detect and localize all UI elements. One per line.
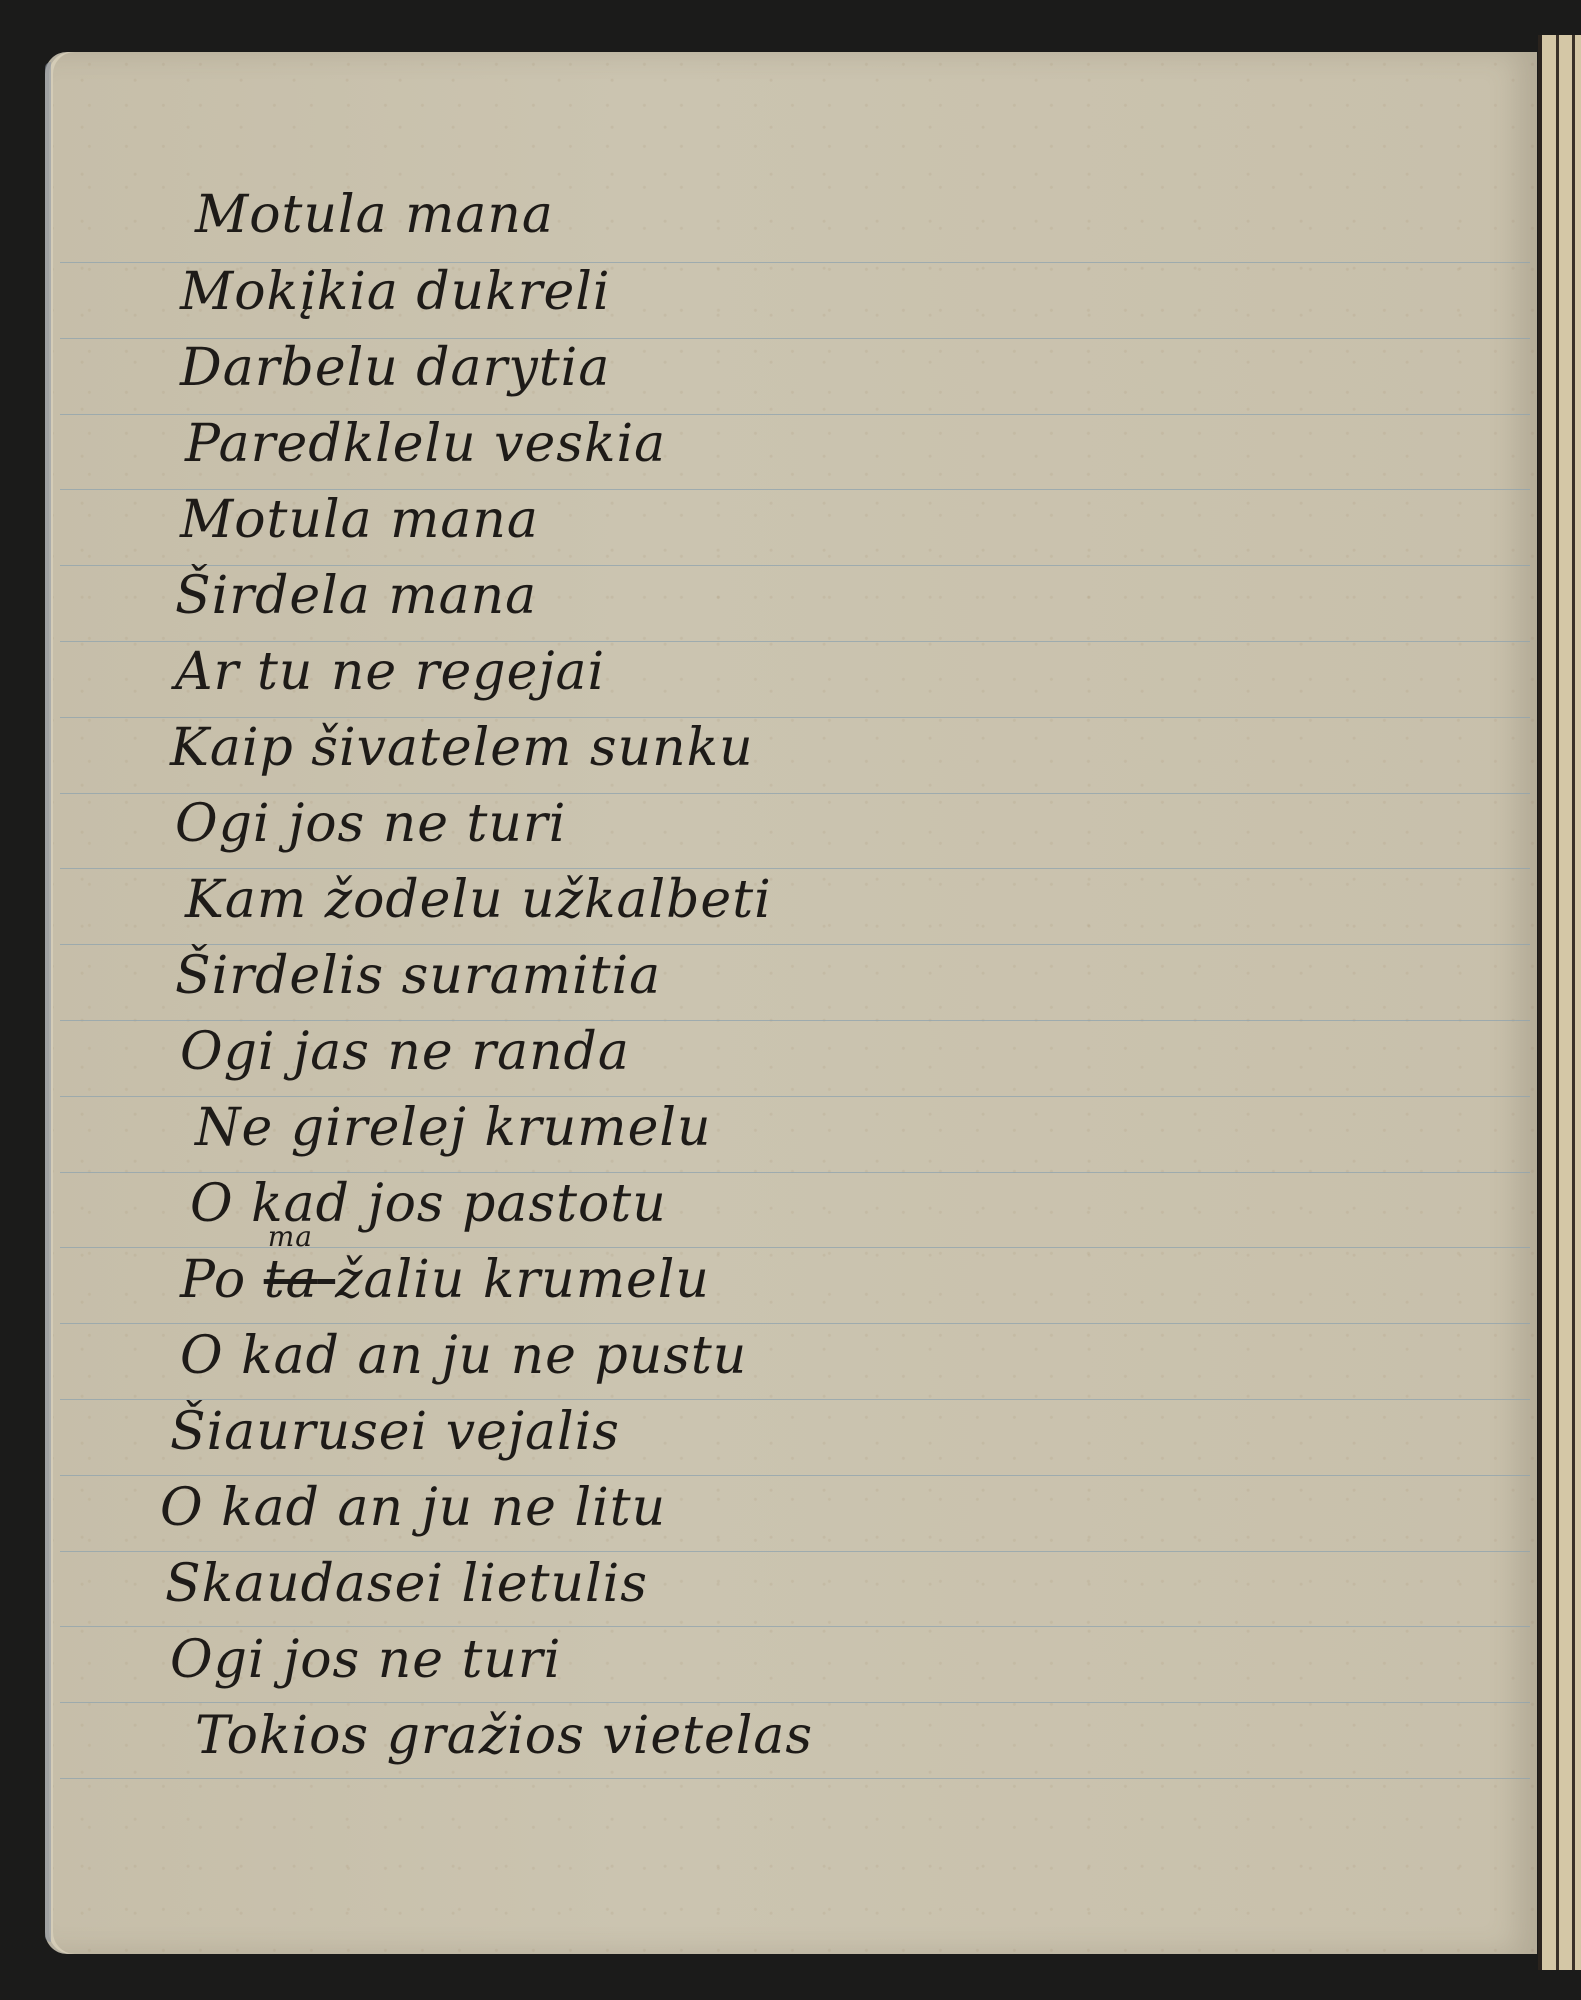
poem-line: Kam žodelu užkalbeti xyxy=(185,870,772,930)
struck-word: ta ma xyxy=(264,1250,335,1310)
struck-text: ta xyxy=(264,1250,318,1310)
page-edge xyxy=(45,62,51,1942)
ruled-line xyxy=(60,1323,1530,1324)
ruled-line xyxy=(60,1399,1530,1400)
poem-line: Motula mana xyxy=(180,490,539,550)
poem-line: Kaip šivatelem sunku xyxy=(170,718,754,778)
poem-line-corrected: Po ta ma žaliu krumelu xyxy=(180,1250,710,1310)
ruled-line xyxy=(60,1551,1530,1552)
notebook-spine xyxy=(1538,35,1581,1970)
poem-line: O kad an ju ne litu xyxy=(160,1478,666,1538)
ruled-line xyxy=(60,1172,1530,1173)
poem-line: Darbelu darytia xyxy=(180,338,610,398)
poem-line: O kad an ju ne pustu xyxy=(180,1326,747,1386)
poem-line: Paredklelu veskia xyxy=(185,414,666,474)
line-prefix: Po xyxy=(180,1250,246,1310)
poem-line: Skaudasei lietulis xyxy=(165,1554,648,1614)
poem-line: Ogi jas ne randa xyxy=(180,1022,630,1082)
spine-stripe xyxy=(1572,35,1575,1970)
poem-line: Širdela mana xyxy=(175,566,537,626)
ruled-line xyxy=(60,1778,1530,1779)
ruled-line xyxy=(60,1702,1530,1703)
poem-line: Šiaurusei vejalis xyxy=(170,1402,620,1462)
poem-line: Širdelis suramitia xyxy=(175,946,661,1006)
line-rest: žaliu krumelu xyxy=(335,1250,710,1310)
poem-line: Ne girelej krumelu xyxy=(195,1098,711,1158)
ruled-line xyxy=(60,1475,1530,1476)
poem-line: Tokios gražios vietelas xyxy=(195,1706,813,1766)
ruled-line xyxy=(60,1626,1530,1627)
spine-stripe xyxy=(1556,35,1559,1970)
poem-line: Ar tu ne regejai xyxy=(175,642,605,702)
poem-line: Ogi jos ne turi xyxy=(170,1630,561,1690)
ruled-line xyxy=(60,1020,1530,1021)
poem-line: O kad jos pastotu xyxy=(190,1174,667,1234)
spine-stripe xyxy=(1538,35,1542,1970)
ruled-line xyxy=(60,1096,1530,1097)
inserted-correction: ma xyxy=(268,1220,313,1253)
poem-line: Mokįkia dukreli xyxy=(180,262,611,322)
poem-line: Motula mana xyxy=(195,185,554,245)
poem-line: Ogi jos ne turi xyxy=(175,794,566,854)
